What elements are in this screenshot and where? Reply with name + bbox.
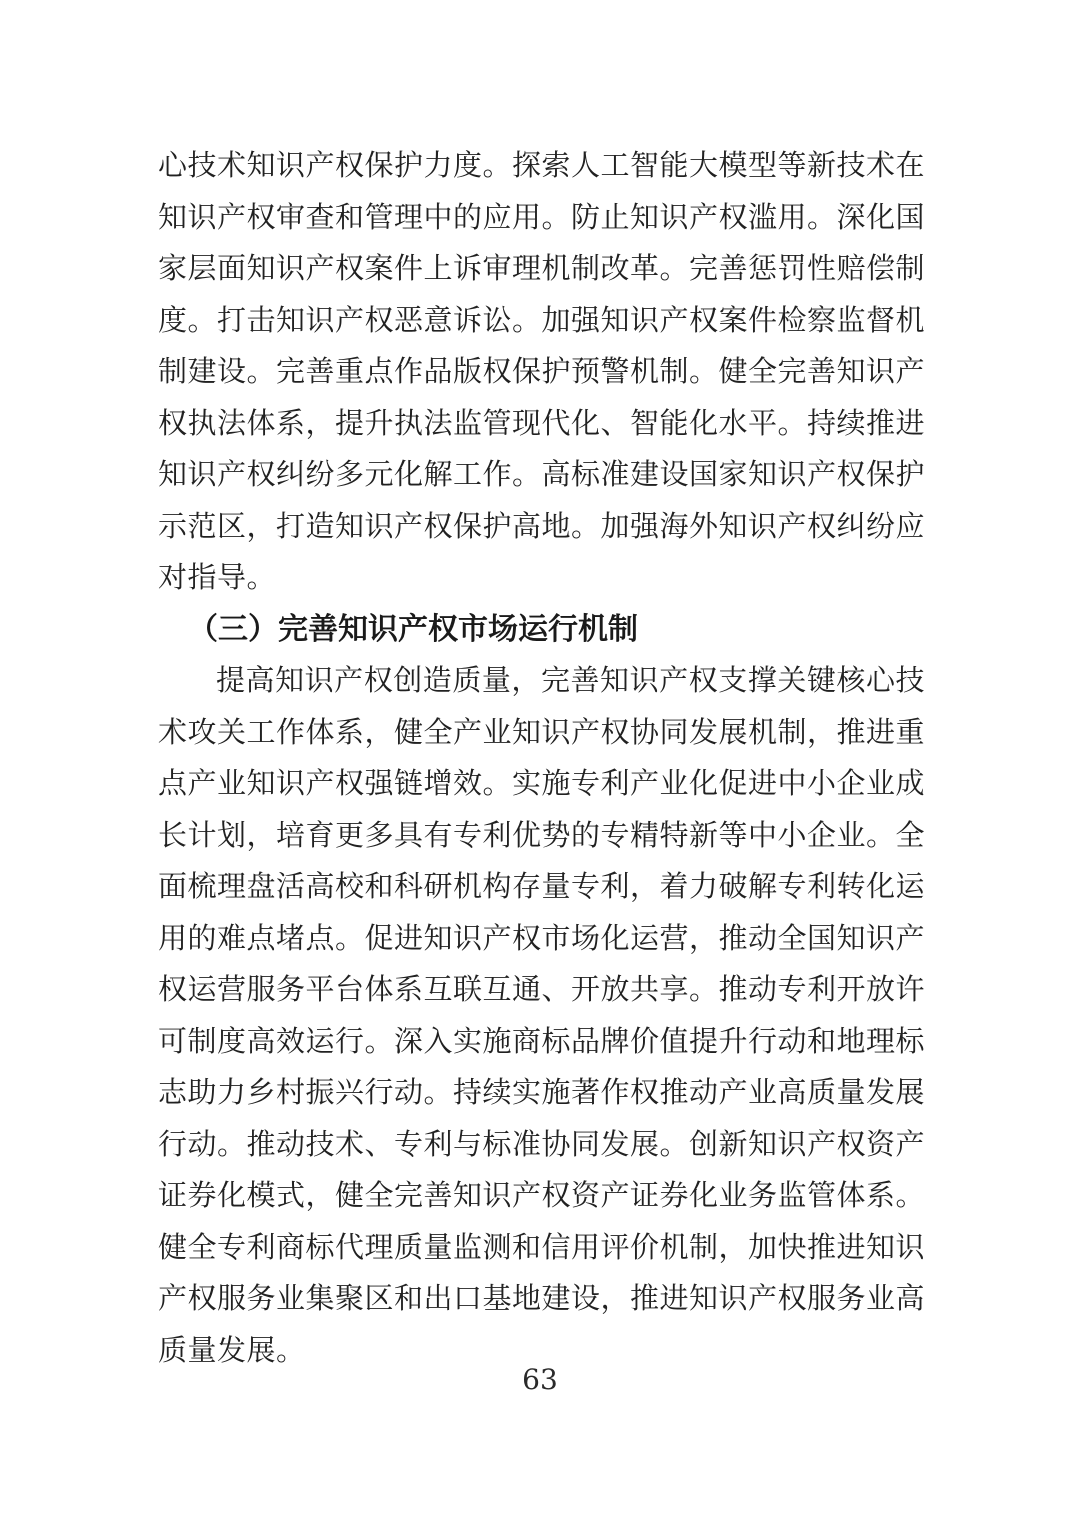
body-text-line: 志助力乡村振兴行动。持续实施著作权推动产业高质量发展 bbox=[158, 1067, 925, 1119]
body-text-line: 知识产权审查和管理中的应用。防止知识产权滥用。深化国 bbox=[158, 192, 925, 244]
body-text-line: 度。打击知识产权恶意诉讼。加强知识产权案件检察监督机 bbox=[158, 295, 925, 347]
body-text-line: 健全专利商标代理质量监测和信用评价机制，加快推进知识 bbox=[158, 1222, 925, 1274]
body-text-line: 行动。推动技术、专利与标准协同发展。创新知识产权资产 bbox=[158, 1119, 925, 1171]
body-text-line: 长计划，培育更多具有专利优势的专精特新等中小企业。全 bbox=[158, 810, 925, 862]
document-text-block: 心技术知识产权保护力度。探索人工智能大模型等新技术在 知识产权审查和管理中的应用… bbox=[158, 140, 925, 1376]
body-text-line: 家层面知识产权案件上诉审理机制改革。完善惩罚性赔偿制 bbox=[158, 243, 925, 295]
document-page: 心技术知识产权保护力度。探索人工智能大模型等新技术在 知识产权审查和管理中的应用… bbox=[0, 0, 1080, 1527]
body-text-line: 心技术知识产权保护力度。探索人工智能大模型等新技术在 bbox=[158, 140, 925, 192]
body-text-line: 面梳理盘活高校和科研机构存量专利，着力破解专利转化运 bbox=[158, 861, 925, 913]
body-text-line: 产权服务业集聚区和出口基地建设，推进知识产权服务业高 bbox=[158, 1273, 925, 1325]
body-text-line: 可制度高效运行。深入实施商标品牌价值提升行动和地理标 bbox=[158, 1016, 925, 1068]
body-text-line: 用的难点堵点。促进知识产权市场化运营，推动全国知识产 bbox=[158, 913, 925, 965]
body-text-line: 术攻关工作体系，健全产业知识产权协同发展机制，推进重 bbox=[158, 707, 925, 759]
body-text-line: 权运营服务平台体系互联互通、开放共享。推动专利开放许 bbox=[158, 964, 925, 1016]
section-heading: （三）完善知识产权市场运行机制 bbox=[158, 604, 925, 656]
body-text-line: 证券化模式，健全完善知识产权资产证券化业务监管体系。 bbox=[158, 1170, 925, 1222]
body-text-line: 提高知识产权创造质量，完善知识产权支撑关键核心技 bbox=[158, 655, 925, 707]
body-text-line: 对指导。 bbox=[158, 552, 925, 604]
body-text-line: 点产业知识产权强链增效。实施专利产业化促进中小企业成 bbox=[158, 758, 925, 810]
body-text-line: 制建设。完善重点作品版权保护预警机制。健全完善知识产 bbox=[158, 346, 925, 398]
body-text-line: 知识产权纠纷多元化解工作。高标准建设国家知识产权保护 bbox=[158, 449, 925, 501]
body-text-line: 示范区，打造知识产权保护高地。加强海外知识产权纠纷应 bbox=[158, 501, 925, 553]
body-text-line: 权执法体系，提升执法监管现代化、智能化水平。持续推进 bbox=[158, 398, 925, 450]
page-number: 63 bbox=[0, 1362, 1080, 1398]
